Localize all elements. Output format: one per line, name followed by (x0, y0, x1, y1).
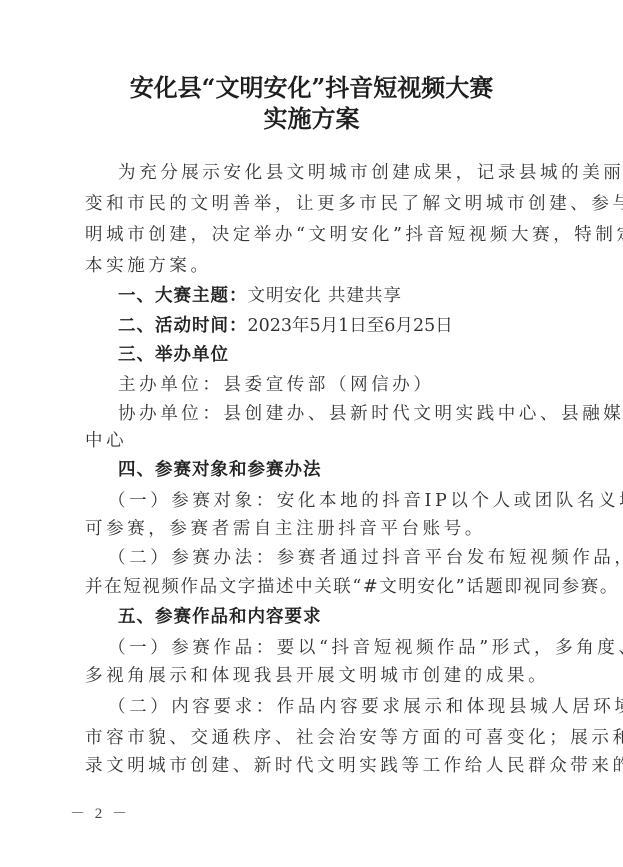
document-title-line-2: 实施方案 (0, 99, 623, 134)
section-theme: 一、大赛主题：文明安化 共建共享 (118, 285, 548, 307)
works-clause-cont: 多视角展示和体现我县开展文明城市创建的成果。 (85, 665, 547, 687)
content-clause: （二）内容要求：作品内容要求展示和体现县城人居环境、 (108, 696, 570, 718)
intro-line: 变和市民的文明善举，让更多市民了解文明城市创建、参与文 (85, 193, 547, 215)
method-clause: （二）参赛办法：参赛者通过抖音平台发布短视频作品， (108, 547, 570, 569)
section-heading: 五、参赛作品和内容要求 (118, 606, 548, 628)
content-clause-cont: 录文明城市创建、新时代文明实践等工作给人民群众带来的获 (85, 755, 547, 777)
participants-clause-cont: 可参赛，参赛者需自主注册抖音平台账号。 (85, 518, 547, 540)
co-host-units: 协办单位：县创建办、县新时代文明实践中心、县融媒体 (118, 403, 548, 425)
intro-line: 为充分展示安化县文明城市创建成果，记录县城的美丽蜕 (118, 162, 548, 184)
section-time: 二、活动时间：2023年5月1日至6月25日 (118, 315, 548, 337)
section-heading: 四、参赛对象和参赛办法 (118, 459, 548, 481)
document-page: 安化县“文明安化”抖音短视频大赛 实施方案 为充分展示安化县文明城市创建成果，记… (0, 0, 623, 867)
theme-value: 文明安化 共建共享 (248, 286, 403, 306)
intro-line: 本实施方案。 (85, 255, 547, 277)
content-clause-cont: 市容市貌、交通秩序、社会治安等方面的可喜变化；展示和记 (85, 727, 547, 749)
time-value: 2023年5月1日至6月25日 (248, 316, 453, 336)
method-clause-cont: 并在短视频作品文字描述中关联“#文明安化”话题即视同参赛。 (85, 576, 547, 598)
works-clause: （一）参赛作品：要以“抖音短视频作品”形式，多角度、 (108, 637, 570, 659)
host-unit: 主办单位：县委宣传部（网信办） (118, 374, 548, 396)
section-heading: 三、举办单位 (118, 344, 548, 366)
section-heading: 一、大赛主题： (118, 286, 248, 306)
page-number: － 2 － (70, 802, 130, 823)
section-heading: 二、活动时间： (118, 316, 248, 336)
intro-line: 明城市创建，决定举办“文明安化”抖音短视频大赛，特制定 (85, 224, 547, 246)
participants-clause: （一）参赛对象：安化本地的抖音IP以个人或团队名义均 (108, 490, 570, 512)
co-host-units-cont: 中心 (85, 430, 547, 452)
document-title-line-1: 安化县“文明安化”抖音短视频大赛 (0, 68, 623, 103)
